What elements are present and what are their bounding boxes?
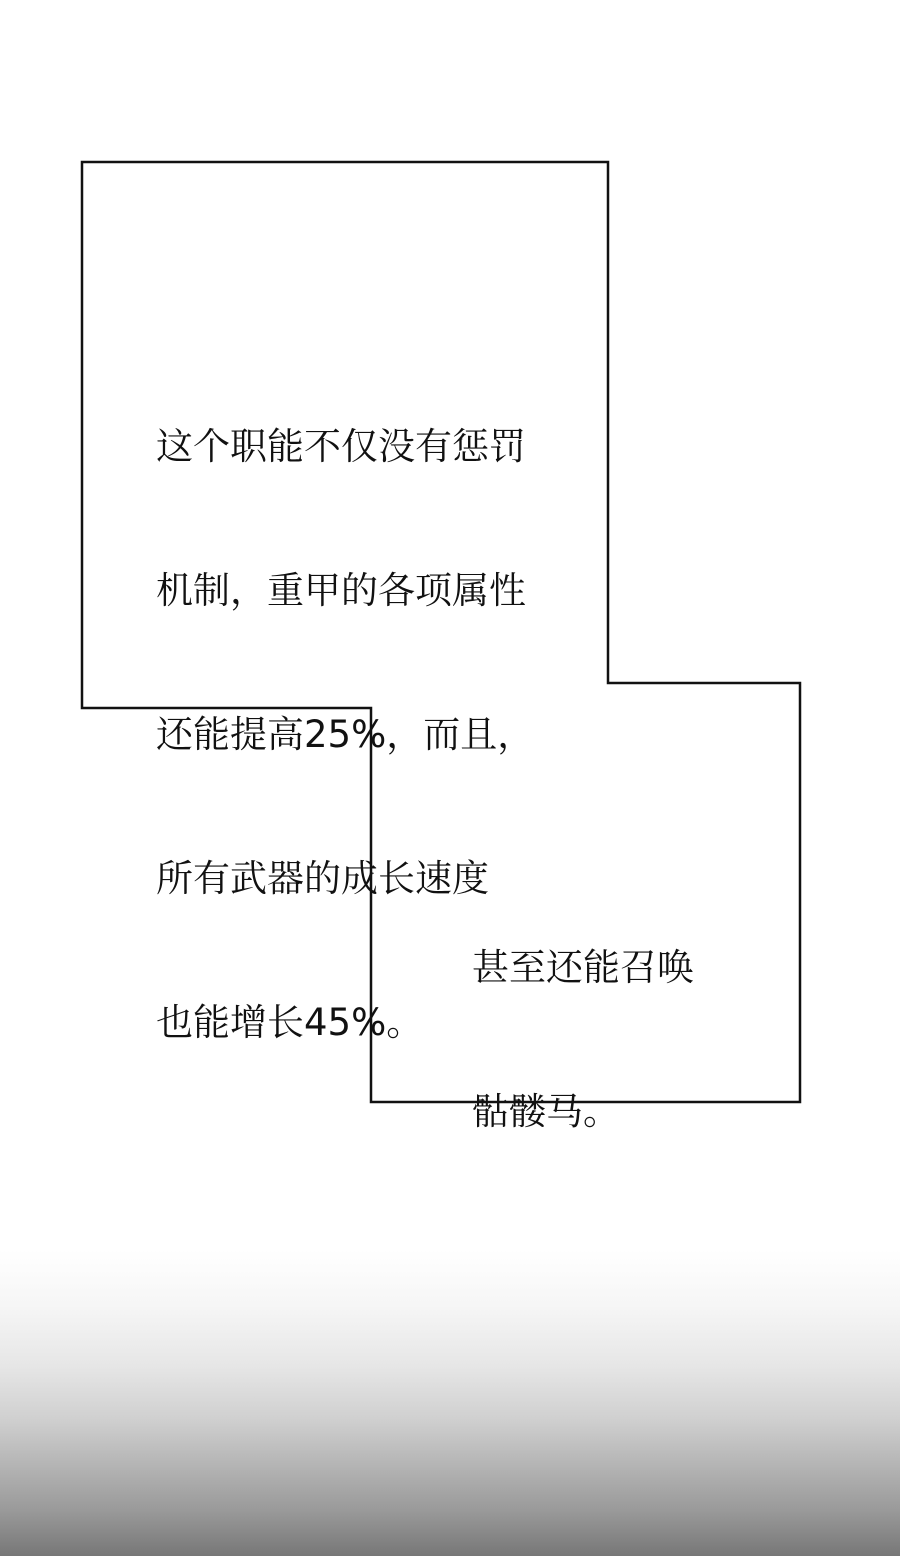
comic-panel: 这个职能不仅没有惩罚 机制，重甲的各项属性 还能提高25%，而且， 所有武器的成… — [0, 0, 900, 1556]
caption-line: 甚至还能召唤 — [472, 944, 694, 992]
caption-line: 这个职能不仅没有惩罚 — [156, 423, 534, 471]
caption-line: 还能提高25%，而且， — [156, 711, 534, 759]
bottom-fade-gradient — [0, 1250, 900, 1556]
caption-line: 骷髅马。 — [472, 1088, 694, 1136]
narration-caption-secondary: 甚至还能召唤 骷髅马。 — [472, 848, 694, 1232]
caption-line: 机制，重甲的各项属性 — [156, 567, 534, 615]
